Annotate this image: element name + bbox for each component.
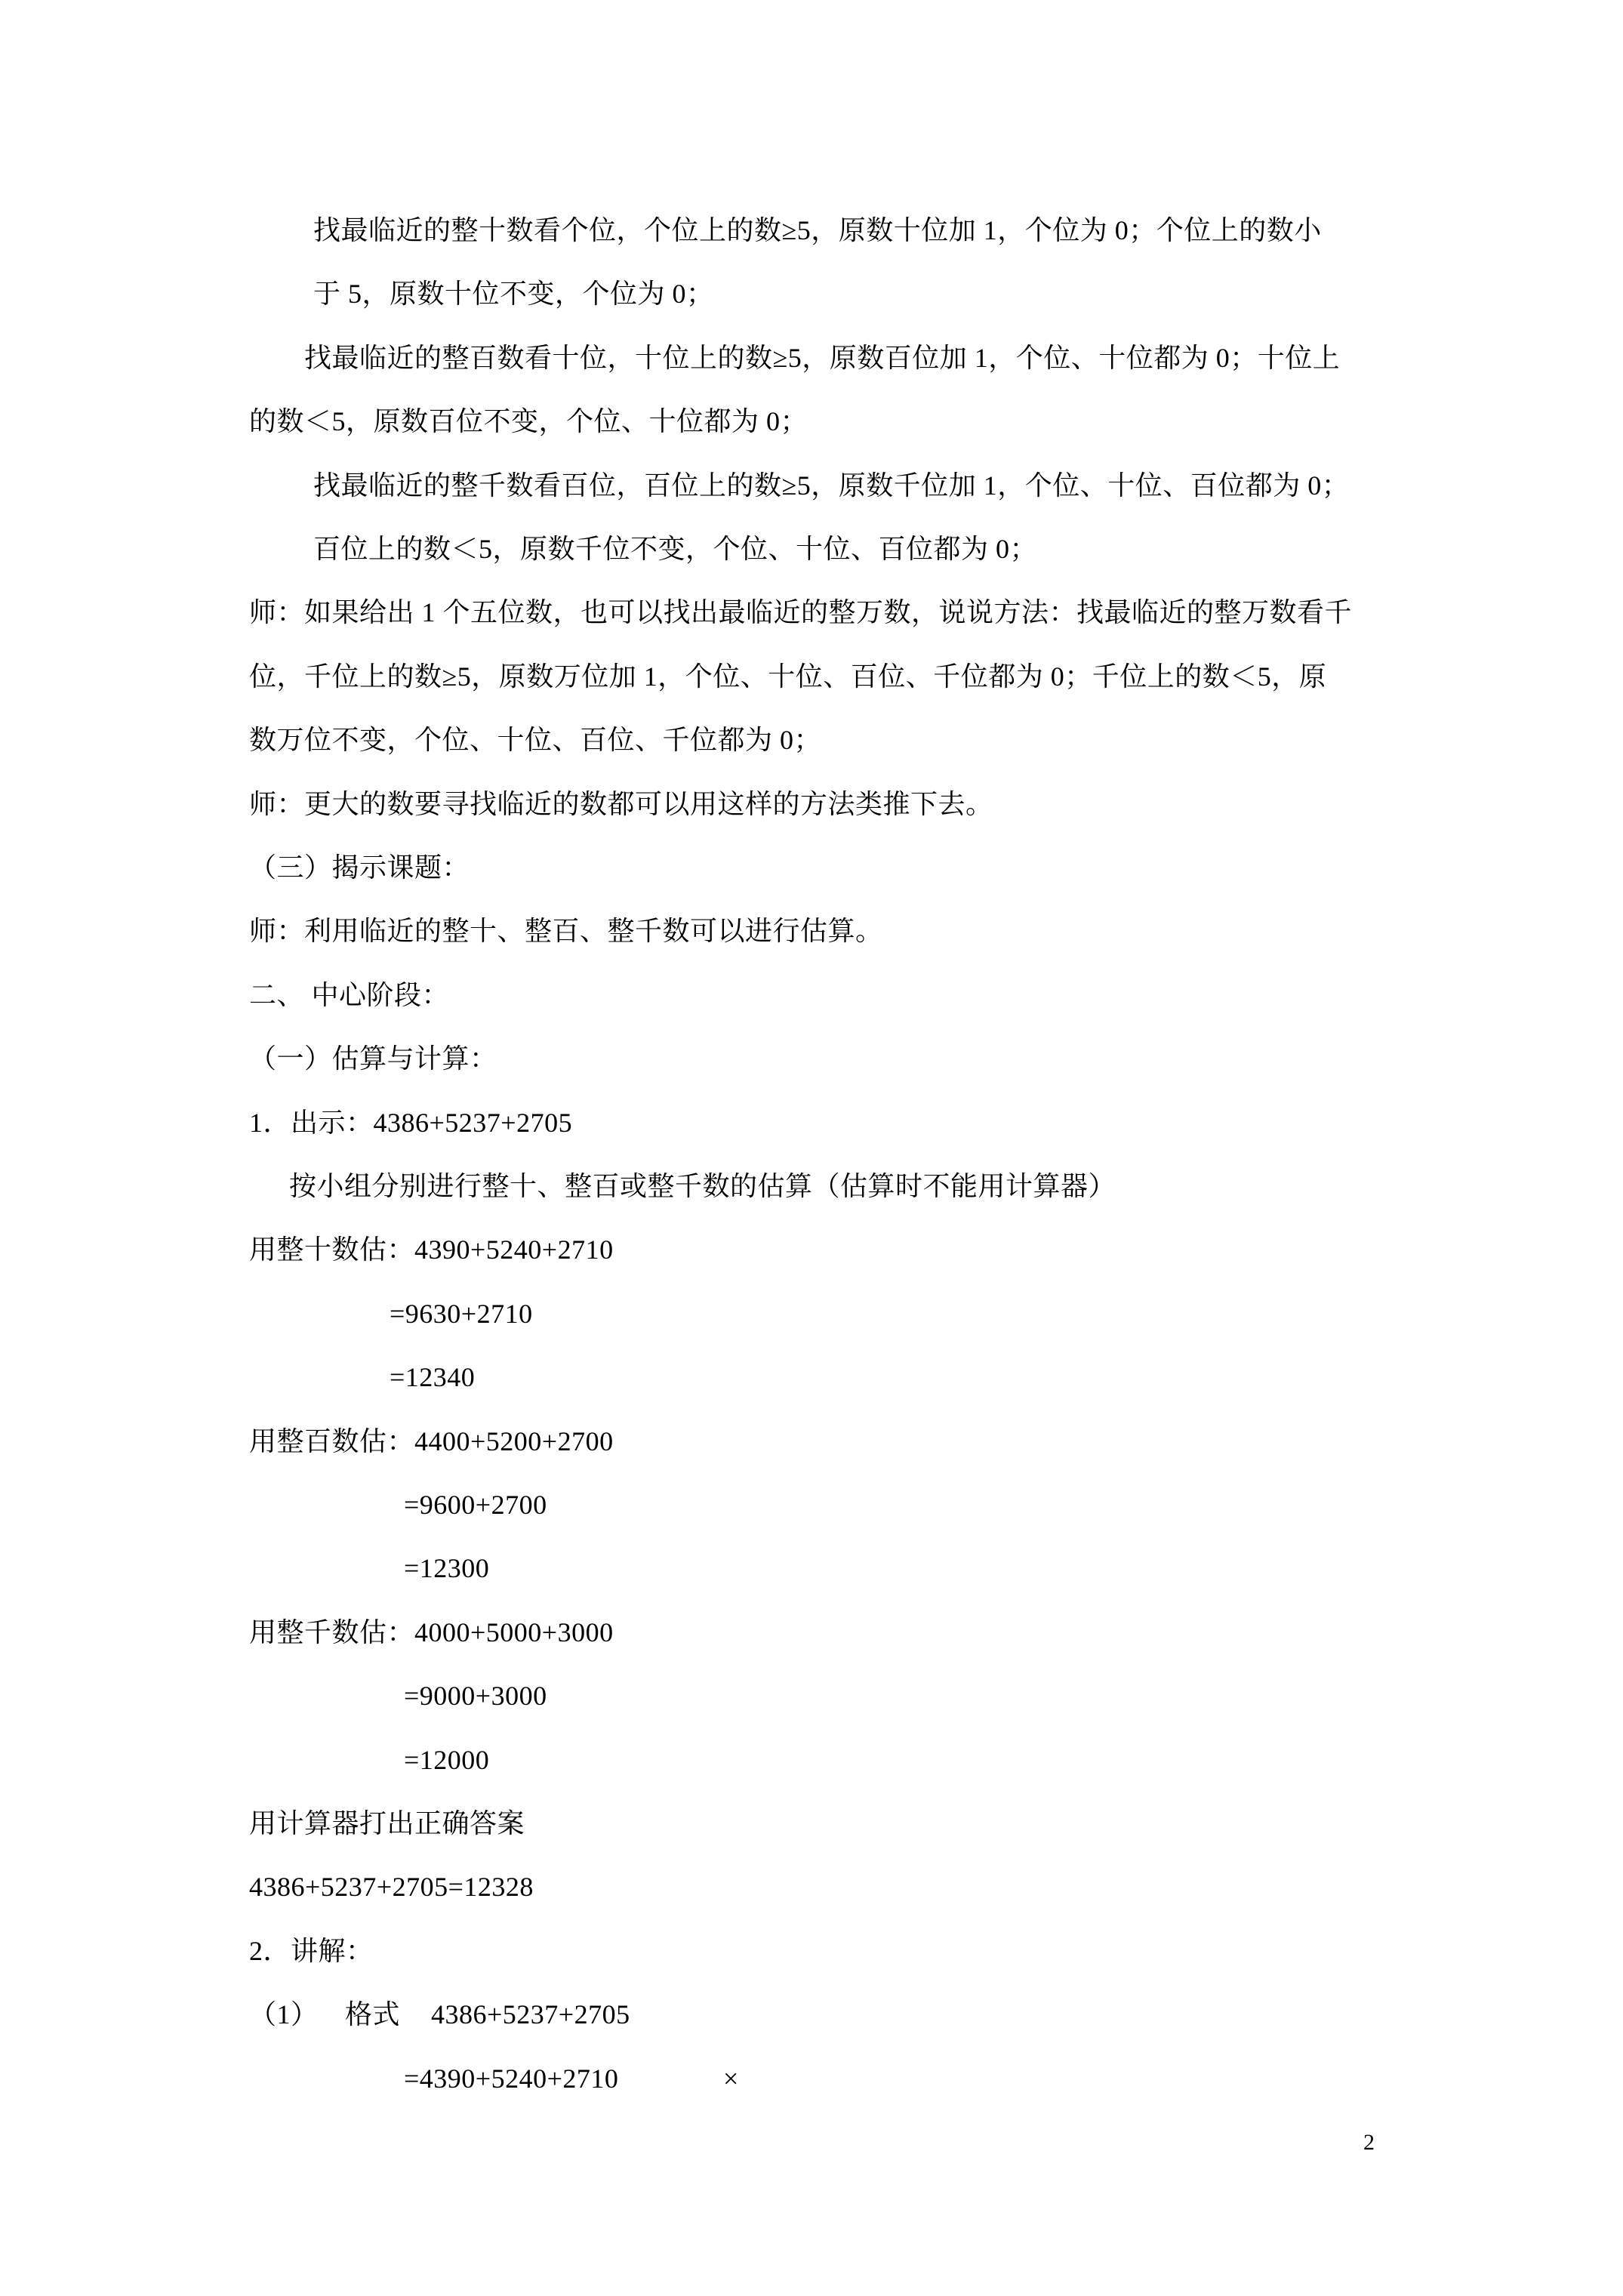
paragraph-line: 找最临近的整千数看百位，百位上的数≥5，原数千位加 1，个位、十位、百位都为 0… — [313, 454, 1349, 517]
wrong-mark-icon: × — [723, 2047, 739, 2110]
paragraph-line: 位，千位上的数≥5，原数万位加 1，个位、十位、百位、千位都为 0；千位上的数＜… — [249, 645, 1326, 708]
instruction-line: 按小组分别进行整十、整百或整千数的估算（估算时不能用计算器） — [289, 1154, 1116, 1218]
page-number: 2 — [1363, 2128, 1375, 2158]
estimate-thousands-line: 用整千数估：4000+5000+3000 — [249, 1601, 614, 1664]
format-item-number: （1） — [249, 1983, 319, 2046]
problem-statement: 1．出示：4386+5237+2705 — [249, 1091, 572, 1154]
section-heading: 二、 中心阶段： — [249, 963, 449, 1027]
format-expression: 4386+5237+2705 — [431, 1983, 630, 2046]
paragraph-line: 找最临近的整十数看个位，个位上的数≥5，原数十位加 1，个位为 0；个位上的数小 — [313, 199, 1322, 262]
estimate-result: =12340 — [390, 1345, 475, 1409]
exact-answer: 4386+5237+2705=12328 — [249, 1855, 534, 1918]
estimate-result: =12000 — [404, 1728, 489, 1792]
teacher-line: 师：利用临近的整十、整百、整千数可以进行估算。 — [249, 899, 883, 963]
estimate-hundreds-line: 用整百数估：4400+5200+2700 — [249, 1410, 614, 1473]
paragraph-line: 于 5，原数十位不变，个位为 0； — [313, 262, 714, 325]
estimate-step: =9630+2710 — [390, 1282, 533, 1345]
format-row: （1） 格式 4386+5237+2705 — [0, 1983, 1623, 2046]
teacher-line: 师：更大的数要寻找临近的数都可以用这样的方法类推下去。 — [249, 772, 993, 836]
paragraph-line: 找最临近的整百数看十位，十位上的数≥5，原数百位加 1，个位、十位都为 0；十位… — [304, 326, 1340, 390]
subsection-heading: （一）估算与计算： — [249, 1027, 497, 1090]
paragraph-line: 百位上的数＜5，原数千位不变，个位、十位、百位都为 0； — [313, 517, 1037, 581]
format-step-expression: =4390+5240+2710 — [404, 2047, 618, 2110]
calculator-heading: 用计算器打出正确答案 — [249, 1792, 525, 1855]
paragraph-line: 的数＜5，原数百位不变，个位、十位都为 0； — [249, 390, 808, 453]
explanation-heading: 2．讲解： — [249, 1919, 374, 1983]
estimate-step: =9000+3000 — [404, 1664, 547, 1727]
section-heading: （三）揭示课题： — [249, 836, 470, 899]
estimate-tens-line: 用整十数估：4390+5240+2710 — [249, 1218, 614, 1281]
document-page: 找最临近的整十数看个位，个位上的数≥5，原数十位加 1，个位为 0；个位上的数小… — [0, 0, 1623, 2296]
estimate-result: =12300 — [404, 1536, 489, 1600]
format-label: 格式 — [345, 1983, 400, 2046]
estimate-step: =9600+2700 — [404, 1473, 547, 1536]
format-step-row: =4390+5240+2710 × — [0, 2047, 1623, 2110]
paragraph-line: 数万位不变，个位、十位、百位、千位都为 0； — [249, 708, 821, 772]
teacher-line: 师：如果给出 1 个五位数，也可以找出最临近的整万数，说说方法：找最临近的整万数… — [249, 581, 1352, 644]
